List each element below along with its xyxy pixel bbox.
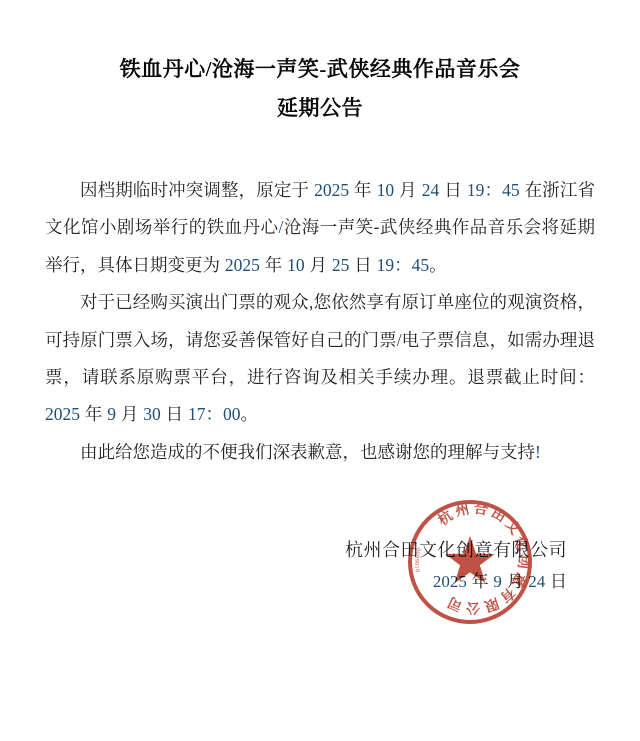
highlighted-number: 19：45 (377, 255, 430, 275)
notice-title-line1: 铁血丹心/沧海一声笑-武侠经典作品音乐会 (0, 50, 640, 89)
notice-paragraph-3: 由此给您造成的不便我们深表歉意，也感谢您的理解与支持! (45, 434, 595, 471)
highlighted-number: 25 (332, 255, 350, 275)
text-run: 因档期临时冲突调整，原定于 (80, 180, 314, 200)
notice-title: 铁血丹心/沧海一声笑-武侠经典作品音乐会 延期公告 (0, 0, 640, 128)
highlighted-number: ! (535, 442, 541, 462)
text-run: 日 (161, 404, 188, 424)
text-run: 日 (439, 180, 467, 200)
highlighted-number: 2025 (433, 572, 467, 591)
text-run: 月 (394, 180, 422, 200)
highlighted-number: 2025 (225, 255, 260, 275)
signature-block: 杭州合田文化创意有限公司 2025 年 9 月 24 日 (345, 534, 567, 598)
notice-title-line2: 延期公告 (0, 89, 640, 128)
text-run: 月 (502, 572, 528, 591)
text-run: 年 (260, 255, 287, 275)
highlighted-number: 24 (528, 572, 545, 591)
notice-paragraph-2: 对于已经购买演出门票的观众,您依然享有原订单座位的观演资格，可持原门票入场，请您… (45, 284, 595, 434)
text-run: 月 (305, 255, 332, 275)
text-run: 月 (116, 404, 143, 424)
highlighted-number: 2025 (45, 404, 80, 424)
notice-document-page: 铁血丹心/沧海一声笑-武侠经典作品音乐会 延期公告 因档期临时冲突调整，原定于 … (0, 0, 640, 741)
highlighted-number: 9 (107, 404, 116, 424)
highlighted-number: 17：00 (188, 404, 241, 424)
highlighted-number: 19：45 (467, 180, 520, 200)
notice-paragraph-1: 因档期临时冲突调整，原定于 2025 年 10 月 24 日 19：45 在浙江… (45, 172, 595, 284)
signature-date: 2025 年 9 月 24 日 (345, 566, 567, 598)
highlighted-number: 9 (493, 572, 502, 591)
text-run: 。 (429, 255, 447, 275)
text-run: 年 (80, 404, 107, 424)
text-run: 。 (240, 404, 258, 424)
text-run: 年 (467, 572, 493, 591)
highlighted-number: 2025 (314, 180, 349, 200)
signature-company: 杭州合田文化创意有限公司 (345, 534, 567, 566)
text-run: 由此给您造成的不便我们深表歉意，也感谢您的理解与支持 (80, 442, 535, 462)
text-run: 日 (545, 572, 567, 591)
highlighted-number: 24 (422, 180, 440, 200)
text-run: 日 (349, 255, 376, 275)
highlighted-number: 10 (287, 255, 305, 275)
highlighted-number: 30 (143, 404, 161, 424)
notice-body: 因档期临时冲突调整，原定于 2025 年 10 月 24 日 19：45 在浙江… (45, 172, 595, 471)
text-run: 年 (349, 180, 377, 200)
highlighted-number: 10 (377, 180, 395, 200)
